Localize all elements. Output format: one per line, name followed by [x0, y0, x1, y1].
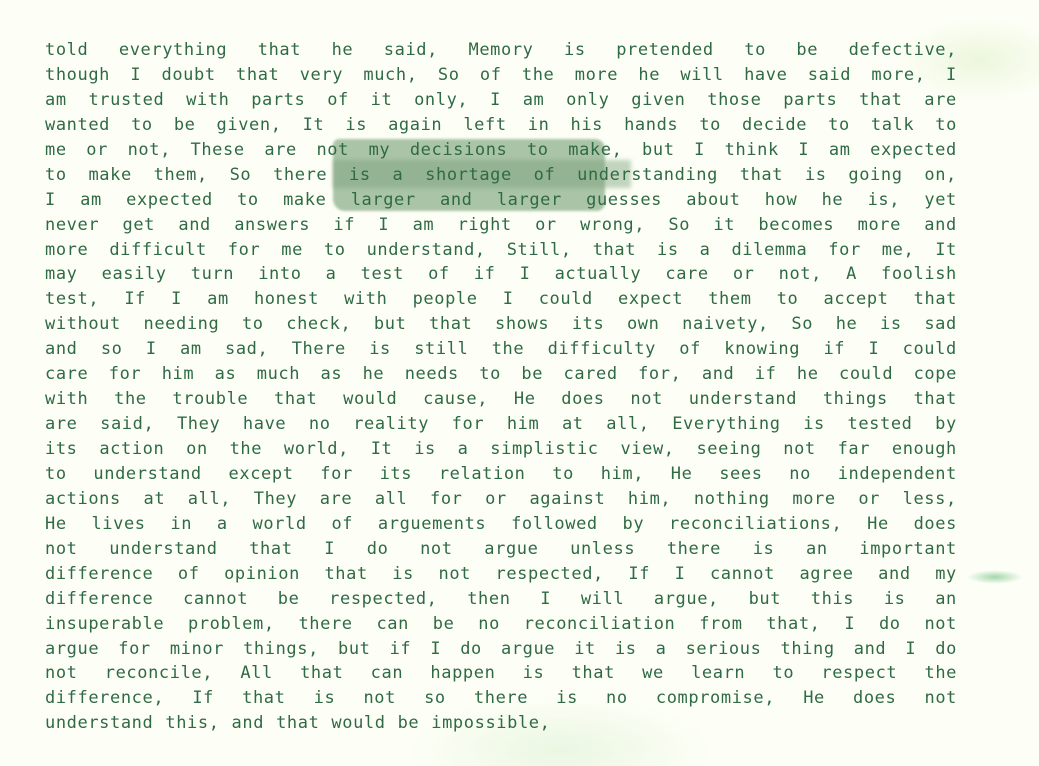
word: tested	[848, 412, 913, 437]
word: becomes	[758, 213, 834, 238]
word: unless	[570, 537, 635, 562]
word: If	[628, 562, 650, 587]
word: A	[846, 262, 857, 287]
word: Memory	[468, 38, 533, 63]
word: problem,	[188, 612, 275, 637]
word: the	[230, 437, 263, 462]
word: it	[371, 88, 393, 113]
word: I	[490, 88, 501, 113]
word: He	[671, 462, 693, 487]
word: dilemma	[731, 238, 807, 263]
word: to	[699, 113, 721, 138]
word: expected	[126, 188, 213, 213]
word: am	[45, 88, 67, 113]
word: not	[420, 537, 453, 562]
word: are	[264, 138, 297, 163]
text-line: Helivesinaworldofarguementsfollowedbyrec…	[45, 512, 957, 537]
word: how	[765, 188, 798, 213]
word: there	[474, 686, 528, 711]
word: said,	[100, 412, 154, 437]
word: difficult	[109, 238, 207, 263]
word: If	[192, 686, 214, 711]
word: and	[702, 362, 735, 387]
text-line: argueforminorthings,butifIdoargueitisase…	[45, 637, 957, 662]
word: be	[521, 362, 543, 387]
word: for	[828, 238, 861, 263]
word: test,	[45, 287, 99, 312]
word: It	[371, 437, 393, 462]
word: to	[527, 138, 549, 163]
word: so	[424, 686, 446, 711]
word: those	[707, 88, 761, 113]
word: all,	[188, 487, 231, 512]
word: on	[186, 437, 208, 462]
text-line: thoughIdoubtthatverymuch,Soofthemorehewi…	[45, 63, 957, 88]
word: and	[232, 711, 265, 736]
word: to	[324, 238, 346, 263]
text-line: andsoIamsad,Thereisstillthedifficultyofk…	[45, 337, 957, 362]
word: me	[281, 238, 303, 263]
word: not	[316, 138, 349, 163]
word: or	[485, 487, 507, 512]
word: and	[924, 213, 957, 238]
word: we	[642, 661, 664, 686]
word: that	[914, 387, 957, 412]
word: left	[463, 113, 506, 138]
word: larger	[351, 188, 416, 213]
word: am	[523, 88, 545, 113]
word: I	[378, 213, 389, 238]
word: respected,	[496, 562, 604, 587]
word: for	[320, 462, 353, 487]
word: are	[924, 88, 957, 113]
word: not,	[779, 262, 822, 287]
word: if	[755, 362, 777, 387]
word: except	[229, 462, 294, 487]
word: but	[338, 637, 371, 662]
word: of	[178, 562, 200, 587]
text-line: understandthis,andthatwouldbeimpossible,	[45, 711, 957, 736]
word: are	[320, 487, 353, 512]
word: All	[240, 661, 273, 686]
word: not	[630, 387, 663, 412]
word: not	[363, 686, 396, 711]
word: in	[528, 113, 550, 138]
word: test	[361, 262, 404, 287]
word: trusted	[88, 88, 164, 113]
word: much,	[363, 63, 417, 88]
word: He	[45, 512, 67, 537]
word: all	[375, 487, 408, 512]
word: understand	[689, 387, 797, 412]
word: is	[753, 537, 775, 562]
text-line: differenceofopinionthatisnotrespected,If…	[45, 562, 957, 587]
word: the	[924, 661, 957, 686]
word: So	[791, 312, 813, 337]
word: They	[177, 412, 220, 437]
word: he	[638, 63, 660, 88]
word: of	[480, 63, 502, 88]
word: for,	[638, 362, 681, 387]
typed-text-block: toldeverythingthathesaid,Memoryispretend…	[45, 38, 957, 736]
word: there	[298, 612, 352, 637]
word: decide	[742, 113, 807, 138]
text-line: aresaid,Theyhavenorealityforhimatall,Eve…	[45, 412, 957, 437]
word: is	[556, 686, 578, 711]
word: I	[503, 287, 514, 312]
word: is	[880, 312, 902, 337]
word: get	[123, 213, 156, 238]
word: about	[686, 188, 740, 213]
text-line: differencecannotberespected,thenIwillarg…	[45, 587, 957, 612]
word: answers	[234, 213, 310, 238]
word: does	[914, 512, 957, 537]
word: to	[479, 362, 501, 387]
word: that	[242, 686, 285, 711]
word: easily	[102, 262, 167, 287]
word: followed	[511, 512, 598, 537]
word: him,	[601, 462, 644, 487]
word: and	[854, 637, 887, 662]
word: him	[507, 412, 540, 437]
word: is	[523, 661, 545, 686]
word: its	[380, 462, 413, 487]
word: reconciliation	[524, 612, 676, 637]
word: there	[273, 163, 327, 188]
word: very	[300, 63, 343, 88]
word: with	[186, 88, 229, 113]
word: a	[458, 437, 469, 462]
word: me	[45, 138, 67, 163]
word: accept	[824, 287, 889, 312]
word: that	[300, 661, 343, 686]
word: make,	[568, 138, 622, 163]
word: into	[258, 262, 301, 287]
word: given,	[217, 113, 282, 138]
text-line: careforhimasmuchasheneedstobecaredfor,an…	[45, 362, 957, 387]
word: is	[345, 113, 367, 138]
word: parts	[783, 88, 837, 113]
word: parts	[251, 88, 305, 113]
word: I	[946, 63, 957, 88]
word: or	[733, 262, 755, 287]
word: insuperable	[45, 612, 164, 637]
word: argue	[484, 537, 538, 562]
word: compromise,	[656, 686, 775, 711]
word: They	[254, 487, 297, 512]
word: less,	[903, 487, 957, 512]
word: make	[88, 163, 131, 188]
word: an	[935, 587, 957, 612]
word: difficulty	[548, 337, 656, 362]
word: sees	[719, 462, 762, 487]
word: of	[428, 262, 450, 287]
word: lives	[91, 512, 145, 537]
word: So	[668, 213, 690, 238]
word: own	[627, 312, 660, 337]
word: if	[823, 337, 845, 362]
word: that	[236, 63, 279, 88]
word: and	[878, 562, 911, 587]
text-line: notreconcile,Allthatcanhappenisthatwelea…	[45, 661, 957, 686]
word: and	[440, 188, 473, 213]
word: does	[853, 686, 896, 711]
word: an	[806, 537, 828, 562]
word: independent	[838, 462, 957, 487]
word: honest	[254, 287, 319, 312]
word: be	[796, 38, 818, 63]
word: is	[805, 163, 827, 188]
word: yet	[924, 188, 957, 213]
word: not,	[128, 138, 171, 163]
word: reconcile,	[105, 661, 213, 686]
word: check,	[286, 312, 351, 337]
word: would	[331, 711, 385, 736]
word: I	[844, 612, 855, 637]
word: my	[369, 138, 391, 163]
word: I	[520, 262, 531, 287]
word: or	[535, 213, 557, 238]
word: hands	[624, 113, 678, 138]
word: I	[430, 637, 441, 662]
word: is	[369, 337, 391, 362]
word: I	[694, 138, 705, 163]
word: that	[249, 537, 292, 562]
word: of	[331, 512, 353, 537]
word: enough	[892, 437, 957, 462]
word: and	[178, 213, 211, 238]
word: will	[680, 63, 723, 88]
word: if	[333, 213, 355, 238]
word: me,	[882, 238, 915, 263]
word: could	[839, 362, 893, 387]
word: am	[829, 138, 851, 163]
word: the	[492, 337, 525, 362]
word: I	[798, 138, 809, 163]
word: can	[371, 661, 404, 686]
word: that	[258, 38, 301, 63]
word: So	[230, 163, 252, 188]
word: but	[642, 138, 675, 163]
word: no	[478, 612, 500, 637]
word: he	[822, 188, 844, 213]
text-line: itsactionontheworld,Itisasimplisticview,…	[45, 437, 957, 462]
text-line: difference,Ifthatisnotsothereisnocomprom…	[45, 686, 957, 711]
word: that	[572, 661, 615, 686]
word: cope	[914, 362, 957, 387]
word: simplistic	[490, 437, 598, 462]
word: reconciliations,	[669, 512, 842, 537]
word: talk	[871, 113, 914, 138]
word: if	[474, 262, 496, 287]
word: opinion	[224, 562, 300, 587]
word: but	[374, 312, 407, 337]
word: and	[45, 337, 78, 362]
word: to	[552, 462, 574, 487]
word: agree	[799, 562, 853, 587]
word: not	[924, 686, 957, 711]
word: seeing	[696, 437, 761, 462]
word: Everything	[672, 412, 780, 437]
text-line: meornot,Thesearenotmydecisionstomake,but…	[45, 138, 957, 163]
word: more,	[871, 63, 925, 88]
text-line: Iamexpectedtomakelargerandlargerguessesa…	[45, 188, 957, 213]
word: them,	[154, 163, 208, 188]
word: It	[935, 238, 957, 263]
word: all,	[606, 412, 649, 437]
word: needing	[143, 312, 219, 337]
word: is	[314, 686, 336, 711]
word: knowing	[724, 337, 800, 362]
word: I	[905, 637, 916, 662]
word: respected,	[329, 587, 437, 612]
word: arguements	[378, 512, 486, 537]
word: does	[561, 387, 604, 412]
word: at	[143, 487, 165, 512]
word: understand	[45, 711, 153, 736]
word: for	[118, 637, 151, 662]
text-line: toldeverythingthathesaid,Memoryispretend…	[45, 38, 957, 63]
text-line: mayeasilyturnintoatestofifIactuallycareo…	[45, 262, 957, 287]
word: is	[414, 437, 436, 462]
word: will	[581, 587, 624, 612]
word: with	[344, 287, 387, 312]
word: everything	[119, 38, 227, 63]
word: that	[593, 238, 636, 263]
word: cannot	[710, 562, 775, 587]
word: have	[243, 412, 286, 437]
word: to	[45, 462, 67, 487]
word: them	[708, 287, 751, 312]
word: not	[924, 612, 957, 637]
word: to	[935, 113, 957, 138]
word: He	[867, 512, 889, 537]
word: not	[438, 562, 471, 587]
word: then	[467, 587, 510, 612]
word: though	[45, 63, 110, 88]
word: would	[343, 387, 397, 412]
word: defective,	[849, 38, 957, 63]
word: These	[191, 138, 245, 163]
word: of	[327, 88, 349, 113]
word: foolish	[881, 262, 957, 287]
word: have	[744, 63, 787, 88]
word: do	[460, 637, 482, 662]
word: Still,	[507, 238, 572, 263]
word: from	[699, 612, 742, 637]
word: pretended	[616, 38, 714, 63]
word: impossible,	[431, 711, 550, 736]
word: his	[570, 113, 603, 138]
word: is	[564, 38, 586, 63]
word: he	[332, 38, 354, 63]
word: without	[45, 312, 121, 337]
word: I	[868, 337, 879, 362]
word: by	[935, 412, 957, 437]
word: turn	[191, 262, 234, 287]
word: this	[811, 587, 854, 612]
word: serious	[686, 637, 762, 662]
word: he	[797, 362, 819, 387]
word: needs	[405, 362, 459, 387]
word: no	[309, 412, 331, 437]
word: that	[276, 711, 319, 736]
word: understanding	[577, 163, 718, 188]
word: world	[253, 512, 307, 537]
word: difference,	[45, 686, 164, 711]
word: given	[631, 88, 685, 113]
word: be	[398, 711, 420, 736]
word: of	[534, 163, 556, 188]
word: still	[414, 337, 468, 362]
word: doubt	[162, 63, 216, 88]
word: understand	[93, 462, 201, 487]
word: that	[859, 88, 902, 113]
word: argue,	[654, 587, 719, 612]
word: things	[823, 387, 888, 412]
word: He	[803, 686, 825, 711]
word: that	[324, 562, 367, 587]
word: by	[623, 512, 645, 537]
word: be	[174, 113, 196, 138]
word: far	[838, 437, 871, 462]
word: as	[321, 362, 343, 387]
word: not	[45, 661, 78, 686]
word: am	[413, 213, 435, 238]
word: for	[452, 412, 485, 437]
word: can	[376, 612, 409, 637]
word: to	[772, 661, 794, 686]
text-line: moredifficultformetounderstand,Still,tha…	[45, 238, 957, 263]
word: He	[514, 387, 536, 412]
word: do	[935, 637, 957, 662]
word: as	[215, 362, 237, 387]
word: argue	[45, 637, 99, 662]
word: thing	[781, 637, 835, 662]
word: a	[656, 637, 667, 662]
word: sad,	[225, 337, 268, 362]
word: to	[777, 287, 799, 312]
word: is	[349, 163, 371, 188]
text-line: nevergetandanswersifIamrightorwrong,Soit…	[45, 213, 957, 238]
word: larger	[497, 188, 562, 213]
word: think	[725, 138, 779, 163]
word: I	[675, 562, 686, 587]
word: cared	[563, 362, 617, 387]
word: could	[539, 287, 593, 312]
word: again	[388, 113, 442, 138]
word: that	[740, 163, 783, 188]
word: view,	[620, 437, 674, 462]
text-line: withoutneedingtocheck,butthatshowsitsown…	[45, 312, 957, 337]
word: shortage	[425, 163, 512, 188]
word: wanted	[45, 113, 110, 138]
word: only	[566, 88, 609, 113]
word: is	[884, 587, 906, 612]
word: sad	[924, 312, 957, 337]
word: never	[45, 213, 99, 238]
word: If	[124, 287, 146, 312]
word: to	[242, 312, 264, 337]
word: reality	[353, 412, 429, 437]
word: could	[903, 337, 957, 362]
word: for	[228, 238, 261, 263]
word: trouble	[172, 387, 248, 412]
word: it	[713, 213, 735, 238]
word: I	[146, 337, 157, 362]
word: on,	[924, 163, 957, 188]
word: much	[257, 362, 300, 387]
